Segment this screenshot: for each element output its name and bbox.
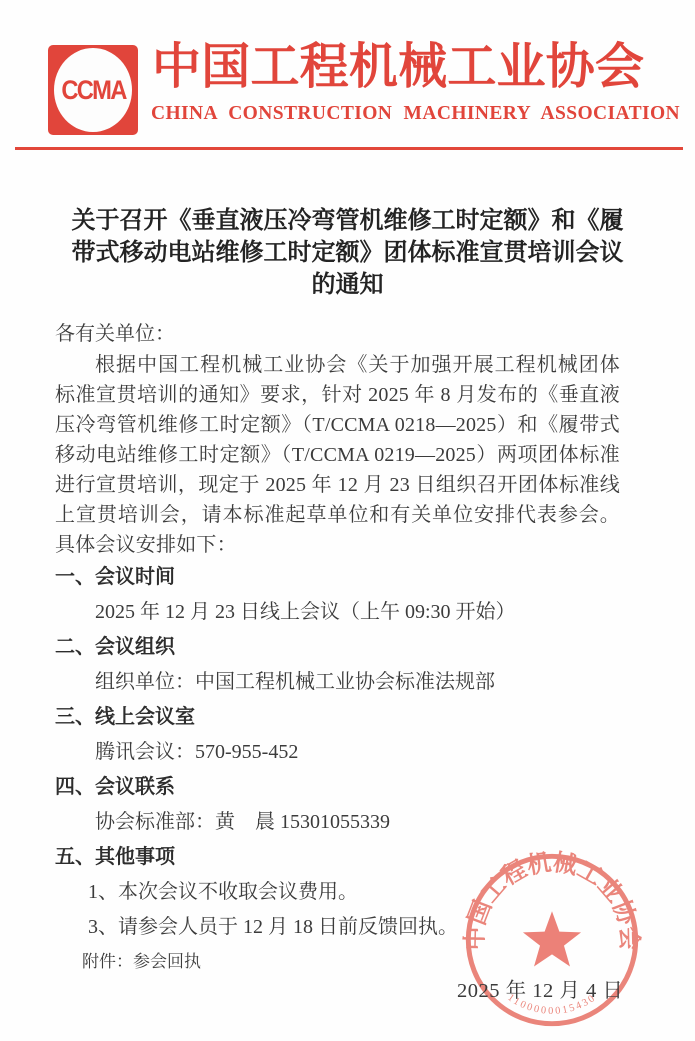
org-name-english: CHINA CONSTRUCTION MACHINERY ASSOCIATION xyxy=(151,103,608,125)
notice-document-page: CCMA 中国工程机械工业协会 CHINA CONSTRUCTION MACHI… xyxy=(0,0,695,1041)
document-title: 关于召开《垂直液压冷弯管机维修工时定额》和《履 带式移动电站维修工时定额》团体标… xyxy=(30,205,665,301)
section-1-content: 2025 年 12 月 23 日线上会议（上午 09:30 开始） xyxy=(55,595,620,630)
issue-date: 2025 年 12 月 4 日 xyxy=(457,977,657,1005)
intro-paragraph: 根据中国工程机械工业协会《关于加强开展工程机械团体标准宣贯培训的通知》要求，针对… xyxy=(55,350,620,560)
section-3-content: 腾讯会议：570-955-452 xyxy=(55,735,620,770)
header-divider-line xyxy=(15,147,683,150)
section-4-content: 协会标准部：黄 晨 15301055339 xyxy=(55,805,620,840)
salutation: 各有关单位： xyxy=(55,318,620,350)
document-title-line-2: 带式移动电站维修工时定额》团体标准宣贯培训会议 xyxy=(30,237,665,269)
section-3-heading: 三、线上会议室 xyxy=(55,700,620,735)
section-1-heading: 一、会议时间 xyxy=(55,560,620,595)
seal-star xyxy=(523,911,581,966)
org-name-chinese: 中国工程机械工业协会 xyxy=(152,36,644,98)
section-2-heading: 二、会议组织 xyxy=(55,630,620,665)
ccma-logo: CCMA xyxy=(48,45,138,135)
ccma-logo-ellipse: CCMA xyxy=(54,48,132,132)
section-4-heading: 四、会议联系 xyxy=(55,770,620,805)
document-title-line-3: 的通知 xyxy=(30,269,665,301)
section-2-content: 组织单位：中国工程机械工业协会标准法规部 xyxy=(55,665,620,700)
ccma-logo-text: CCMA xyxy=(61,75,125,106)
document-title-line-1: 关于召开《垂直液压冷弯管机维修工时定额》和《履 xyxy=(30,205,665,237)
